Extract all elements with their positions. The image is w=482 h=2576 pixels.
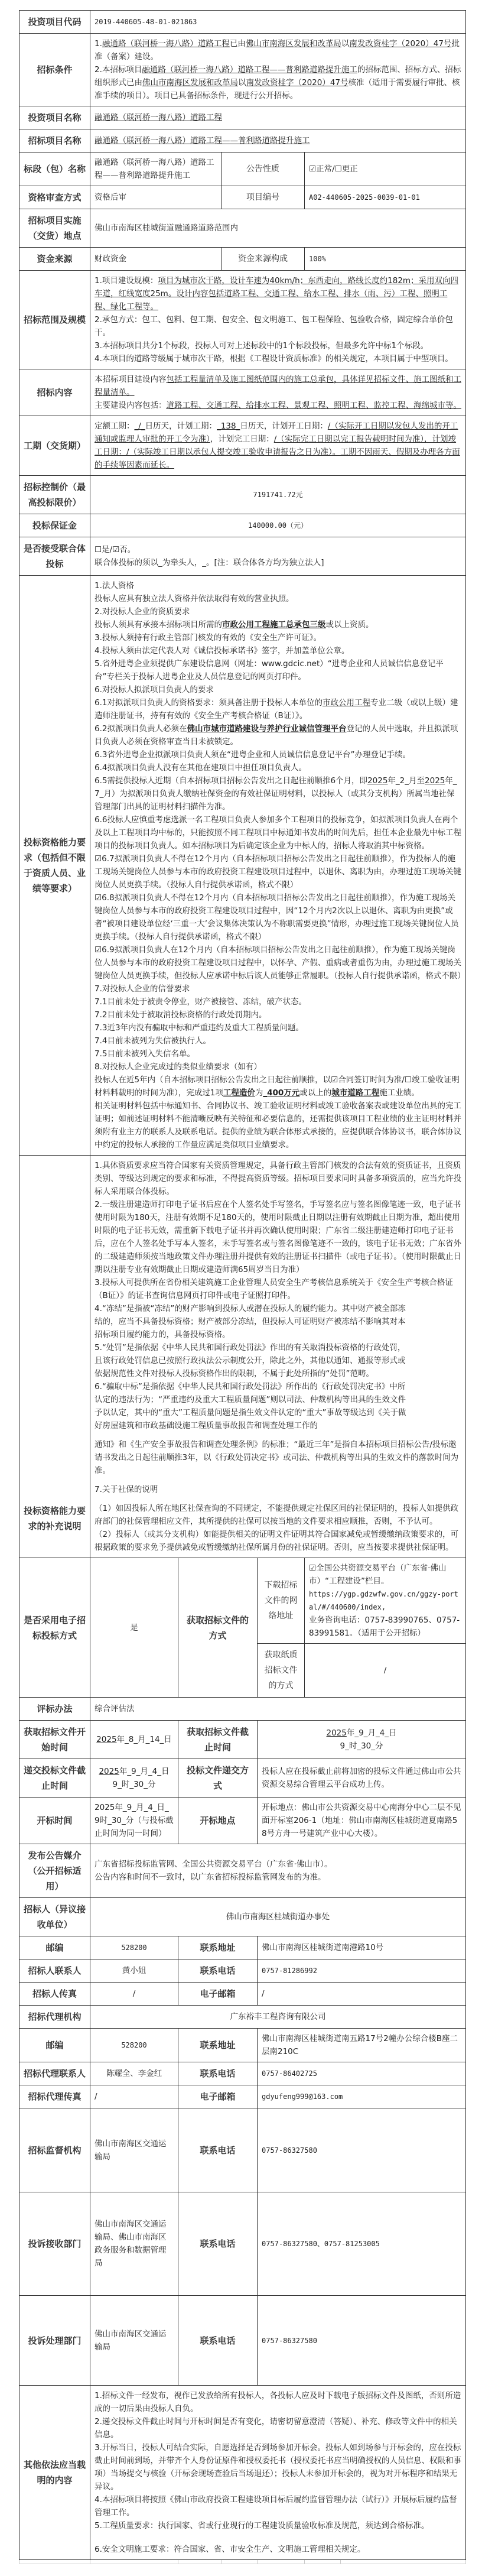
row-investment-code: 投资项目代码 2019-440605-48-01-021863: [19, 11, 466, 34]
row-agency: 招标代理机构 广东裕丰工程咨询有限公司: [19, 2006, 466, 2029]
qual-s1-body: 投标人应具有独立法人资格并依法取得有效的营业执照。: [95, 592, 461, 605]
submission-method-value: 投标人应在投标截止前将加密的投标文件通过佛山市公共资源交易综合管理云平台成功上传…: [258, 1759, 466, 1798]
tenderer-zip-label: 邮编: [19, 1936, 90, 1959]
duration-value: 定额工期：_/_日历天，计划工期：_138_日历天，计划开工日期：/（实际开工日…: [90, 416, 466, 476]
tenderer-email-label: 电子邮箱: [178, 1983, 258, 2006]
row-funding: 资金来源 财政资金 资金来源构成 100%: [19, 248, 466, 271]
funding-composition-value: 100%: [305, 248, 466, 271]
qual-s8-post: 施工业绩。: [379, 1088, 419, 1098]
row-supervision: 招标监督机构 佛山市南海区交通运输局 联系电话 0757-86327580: [19, 2108, 466, 2192]
row-tenderer: 招标人（异议接收单位） 佛山市南海区桂城街道办事处: [19, 1898, 466, 1936]
qual-s8-title: 8.对投标人企业完成过的类似业绩要求（如有）: [95, 1060, 461, 1073]
row-submission: 递交投标文件截止时间 2025年_9_月_4_日 9_时_30_分 投标文件递交…: [19, 1759, 466, 1798]
qual-s7-title: 7.对投标人企业的信誉要求: [95, 982, 461, 995]
content-p1-prefix: 本招标项目建设内容: [95, 375, 167, 384]
qual-s2-post: 或以上资质。: [326, 620, 374, 630]
conditions-p2-prefix: 2.本招标项目: [95, 65, 142, 74]
content-label: 招标内容: [19, 369, 90, 416]
tender-notice-table: 投资项目代码 2019-440605-48-01-021863 招标条件 1.融…: [19, 10, 466, 2564]
content-value: 本招标项目建设内容包括工程量清单及施工图纸范围内的施工总承包，具体详见招标文件、…: [90, 369, 466, 416]
deposit-label: 投标保证金: [19, 514, 90, 537]
row-agency-zip: 邮编 528200 联系地址 佛山市南海区桂城街道南五路17号2幢办公综合楼B座…: [19, 2029, 466, 2062]
submission-deadline-value: 2025年_9_月_4_日 9_时_30_分: [90, 1759, 178, 1798]
content-p1: 本招标项目建设内容包括工程量清单及施工图纸范围内的施工总承包，具体详见招标文件、…: [95, 373, 461, 399]
empty-cell: [222, 2560, 258, 2564]
qual-s6-5-pre: 6.5需提供投标人近期（自本招标项目招标公告发出之日起往前顺推6个月，即: [95, 776, 367, 786]
row-tenderer-fax: 招标人传真 / 电子邮箱 /: [19, 1983, 466, 2006]
other-p6: 6.安全文明施工要求：符合国家、省、市安全生产、文明施工管理相关规定。: [95, 2543, 461, 2556]
conditions-p2-by: 以: [238, 78, 246, 87]
qual-s2-body: 投标人须具有承接本招标项目所需的市政公用工程施工总承包三级或以上资质。: [95, 618, 461, 631]
row-content: 招标内容 本招标项目建设内容包括工程量清单及施工图纸范围内的施工总承包，具体详见…: [19, 369, 466, 416]
download-platform: ☑全国公共资源交易平台（广东省·佛山市）“工程建设”栏目。: [309, 1562, 461, 1588]
other-p3: 3.开标当日，投标人可结合实际，自愿选择是否到场参加开标会。投标人如到场参与开标…: [95, 2441, 461, 2493]
investment-name-text: 融通路（联河桥一海八路）道路工程: [95, 113, 222, 122]
qual-s8-m2: 或以上的: [299, 1088, 331, 1098]
qual-s6-5-month1: 年_2_月至: [387, 776, 425, 786]
qual-s8-req: 投标人在近5年内（自本招标项目招标公告发出之日起往前顺推，以☑合同签订时间为准/…: [95, 1073, 461, 1099]
qualification-value: 1.法人资格 投标人应具有独立法人资格并依法取得有效的营业执照。 2.对投标人企…: [90, 576, 466, 1156]
consortium-choice: ☐是/☑否。: [95, 543, 461, 556]
scope-p2: 2.承包方式：包工、包料、包工期、包安全、包文明施工、包工程保险、包验收合格，固…: [95, 313, 461, 339]
qual-s8-m1: 为: [255, 1088, 263, 1098]
qual-s6-5-year1: 2025: [367, 776, 387, 786]
duration-t1: 定额工期：: [95, 421, 135, 431]
scope-p1-prefix: 1.项目建设规模：: [95, 276, 158, 285]
supervision-phone-value: 0757-86327580: [258, 2108, 466, 2192]
evaluation-label: 评标办法: [19, 1698, 90, 1721]
consortium-note: 联合体投标的须以_为牵头人，_。[注：联合体各方均为独立法人]: [95, 556, 461, 569]
qual-s8-amount: _400万元: [263, 1088, 299, 1098]
obtain-end-label: 获取招标文件截止时间: [178, 1721, 258, 1759]
qual-s7-3: 7.3近3年内没有骗取中标和严重违约及重大工程质量问题。: [95, 1021, 461, 1034]
empty-cell: [258, 2560, 305, 2564]
qual-s6-3: 6.3省外进粤企业拟派项目负责人须在“进粤企业和人员诚信信息登记平台”办理登记手…: [95, 748, 461, 761]
consortium-label: 是否接受联合体投标: [19, 537, 90, 576]
conditions-p2: 2.本招标项目融通路（联河桥一海八路）道路工程——普利路道路提升施工的招标范围、…: [95, 63, 461, 102]
other-p1: 1.招标文件一经发布，视作已发放给所有投标人，各投标人应及时下载电子版招标文件及…: [95, 2389, 461, 2415]
row-media: 发布公告媒介（公开招标适用） 广东省招标投标监管网、全国公共资源交易平台（广东省…: [19, 1844, 466, 1898]
media-value: 广东省招标投标监管网、全国公共资源交易平台（广东省·佛山市）。 公告内容和时间不…: [90, 1844, 466, 1898]
agency-label: 招标代理机构: [19, 2006, 90, 2029]
submission-date: 年_9_月_4_日: [119, 1767, 170, 1776]
qual-s6-1-highlight: 市政公用工程: [323, 698, 370, 708]
empty-cell: [19, 2560, 90, 2564]
supp-p2: 2.一级注册建造师打印电子证书后应在个人签名处手写签名，手写签名应与签名图像笔迹…: [95, 1198, 461, 1276]
electronic-value: 是: [90, 1558, 178, 1698]
duration-t4: ，计划完工日期：: [210, 434, 274, 444]
empty-cell: [90, 2560, 178, 2564]
row-scope: 招标范围及规模 1.项目建设规模：项目为城市次干路，设计车速为40km/h；东西…: [19, 271, 466, 369]
control-price-value: 7191741.72元: [90, 476, 466, 514]
agency-email-value[interactable]: gdyufeng999@163.com: [258, 2085, 466, 2108]
submission-year: 2025: [99, 1767, 119, 1776]
supervision-phone-label: 联系电话: [178, 2108, 258, 2192]
submission-time: 9_时_30_分: [95, 1778, 174, 1791]
qual-s4: 4.投标人须由法定代表人对《诚信投标承诺书》签字，并加盖单位公章。: [95, 644, 461, 657]
tenderer-label: 招标人（异议接收单位）: [19, 1898, 90, 1936]
conditions-p1-by: 以: [341, 39, 350, 48]
other-value: 1.招标文件一经发布，视作已发放给所有投标人，各投标人应及时下载电子版招标文件及…: [90, 2386, 466, 2560]
supp-p4: 4.“冻结”是指被“冻结”的财产影响到投标人或潜在投标人的履约能力。其中财产被全…: [95, 1302, 461, 1341]
row-supplement: 投标资格能力要求的补充说明 1.具体资质要求应当符合国家有关资质管理规定，具备行…: [19, 1156, 466, 1558]
qual-s8-body: 相关证明材料包括中标通知书、合同协议书、竣工验收证明材料或竣工验收备案表或建设单…: [95, 1099, 461, 1151]
opening-place-value: 开标地点：佛山市公共资源交易中心南海分中心二层不见面开标室206-1（地址：佛山…: [258, 1798, 466, 1844]
evaluation-value: 综合评估法: [90, 1698, 466, 1721]
complaint-handle-value: 佛山市南海区交通运输局: [90, 2296, 178, 2386]
row-other: 其他依法应当载明的内容 1.招标文件一经发布，视作已发放给所有投标人，各投标人应…: [19, 2386, 466, 2560]
qual-s5: 5.省外进粤企业须提供广东建设信息网（网址：www.gdcic.net）“进粤企…: [95, 657, 461, 683]
complaint-handle-label: 投诉处理部门: [19, 2296, 90, 2386]
tender-name-text: 融通路（联河桥一海八路）道路工程——普利路道路提升施工: [95, 136, 310, 145]
obtain-start-year: 2025: [96, 1735, 116, 1744]
download-phone: 业务咨询电话：0757-83990765、0757-83991581。（适用于公…: [309, 1614, 461, 1640]
qual-s6-2-highlight: 佛山市城市道路建设与养护行业诚信管理平台: [187, 724, 346, 734]
project-code-label: 项目编号: [222, 186, 305, 209]
row-tender-name: 招标项目名称 融通路（联河桥一海八路）道路工程——普利路道路提升施工: [19, 129, 466, 153]
qual-s7-1: 7.1目前未处于被责令停业，财产被接管、冻结，破产状态。: [95, 995, 461, 1008]
spacer: [95, 2532, 461, 2543]
project-code-value: A02-440605-2025-0039-01-01: [305, 186, 466, 209]
agency-fax-value: /: [90, 2085, 178, 2108]
qual-s7-4: 7.4目前未被列为失信被执行人。: [95, 1034, 461, 1047]
obtain-start-label: 获取招标文件开始时间: [19, 1721, 90, 1759]
qual-s6-4: 6.4拟派项目负责人没有在其他在建项目中担任项目负责人。: [95, 761, 461, 774]
row-complaint-receive: 投诉接收部门 佛山市南海区交通运输局、佛山市南海区政务服务和数据管理局 联系电话…: [19, 2192, 466, 2296]
row-agency-contact: 招标代理联系人 陈耀全、李金红 联系电话 0757-86402725: [19, 2062, 466, 2085]
spacer: [95, 1432, 461, 1438]
investment-code-label: 投资项目代码: [19, 11, 90, 34]
supp-p7-1: （1）如因投标人所在地区社保查询的不同规定，不能提供规定社保区间的社保证明的，投…: [95, 1502, 461, 1528]
empty-cell: [305, 2560, 341, 2564]
supp-p1: 1.具体资质要求应当符合国家有关资质管理规定，具备行政主管部门核发的合法有效的资…: [95, 1159, 461, 1198]
spacer: [95, 1496, 461, 1502]
row-obtain-time: 获取招标文件开始时间 2025年_8_月_14_日 获取招标文件截止时间 202…: [19, 1721, 466, 1759]
qual-s6-1-pre: 6.1对拟派项目负责人的资格要求：须具备注册于投标人本单位的: [95, 698, 323, 708]
conditions-p1-doc: 南发改资桂字（2020）47号: [349, 39, 451, 48]
obtain-end-value: 2025年_9_月_4_日 9_时_30_分: [258, 1721, 466, 1759]
lot-label: 标段（包）名称: [19, 153, 90, 186]
lot-value: 融通路（联河桥一海八路）道路工程——普利路道路提升施工: [90, 153, 222, 186]
row-conditions: 招标条件 1.融通路（联河桥一海八路）道路工程已由佛山市南海区发展和改革局以南发…: [19, 34, 466, 106]
download-url-link[interactable]: https://ygp.gdzwfw.gov.cn/ggzy-portal/#/…: [309, 1588, 461, 1614]
tenderer-email-value: /: [258, 1983, 466, 2006]
supp-p5: 5.“处罚”是指依据《中华人民共和国行政处罚法》作出的有关取消投标资格的行政处罚…: [95, 1341, 461, 1380]
supp-p3: 3.投标人可提供所在省份相关建筑施工企业管理人员安全生产考核信息系统关于《安全生…: [95, 1276, 461, 1302]
submission-method-label: 投标文件递交方式: [178, 1759, 258, 1798]
conditions-p1-authority: 佛山市南海区发展和改革局: [246, 39, 341, 48]
agency-contact-label: 招标代理联系人: [19, 2062, 90, 2085]
agency-zip-label: 邮编: [19, 2029, 90, 2062]
supp-p6a: 6.“骗取中标”是指依据《中华人民共和国行政处罚法》所作出的《行政处罚决定书》中…: [95, 1380, 461, 1432]
qual-s8-cost: 工程造价: [223, 1088, 255, 1098]
obtain-end-time: 9_时_30_分: [262, 1740, 461, 1753]
conditions-label: 招标条件: [19, 34, 90, 106]
row-review: 资格审查方式 资格后审 项目编号 A02-440605-2025-0039-01…: [19, 186, 466, 209]
media-label: 发布公告媒介（公开招标适用）: [19, 1844, 90, 1898]
row-consortium: 是否接受联合体投标 ☐是/☑否。 联合体投标的须以_为牵头人，_。[注：联合体各…: [19, 537, 466, 576]
download-address-value: ☑全国公共资源交易平台（广东省·佛山市）“工程建设”栏目。 https://yg…: [305, 1558, 466, 1644]
other-p2: 2.递交投标文件截止时间与开标时间是否有变化，请密切留意澄清（答疑）、补充、修改…: [95, 2415, 461, 2441]
agency-phone-label: 联系电话: [178, 2062, 258, 2085]
notice-nature-label: 公告性质: [222, 153, 305, 186]
other-p4: 4.本招标项目将按照《佛山市政府投资工程建设项目标后履约监督管理办法（试行）》开…: [95, 2493, 461, 2519]
qual-s8-type: 城市道路工程: [331, 1088, 379, 1098]
agency-phone-value: 0757-86402725: [258, 2062, 466, 2085]
complaint-handle-phone-label: 联系电话: [178, 2296, 258, 2386]
review-label: 资格审查方式: [19, 186, 90, 209]
supp-p6b: 通知》和《生产安全事故报告和调查处理条例》的标准；“最近三年”是指自本招标项目招…: [95, 1438, 461, 1477]
conditions-p1-project: 融通路（联河桥一海八路）道路工程: [102, 39, 230, 48]
qual-s6-8: ☑6.8拟派项目负责人不得在12个月内（自本招标项目招标公告发出之日起往前顺推）…: [95, 891, 461, 943]
row-tenderer-zip: 邮编 528200 联系地址 佛山市南海区桂城街道南港路10号: [19, 1936, 466, 1959]
location-label: 招标项目实施（交货）地点: [19, 209, 90, 248]
other-label: 其他依法应当载明的内容: [19, 2386, 90, 2560]
qualification-label: 投标资格能力要求（包括但不限于资质人员、业绩等要求）: [19, 576, 90, 1156]
conditions-p1: 1.融通路（联河桥一海八路）道路工程已由佛山市南海区发展和改革局以南发改资桂字（…: [95, 37, 461, 63]
conditions-value: 1.融通路（联河桥一海八路）道路工程已由佛山市南海区发展和改革局以南发改资桂字（…: [90, 34, 466, 106]
row-investment-name: 投资项目名称 融通路（联河桥一海八路）道路工程: [19, 106, 466, 129]
scope-p4: 4.本项目的道路等级属于城市次干路，根据《工程设计资质标准》的相关规定，本项目属…: [95, 352, 461, 365]
conditions-p1-prefix: 1.: [95, 39, 102, 48]
investment-code-value: 2019-440605-48-01-021863: [90, 11, 466, 34]
download-address-label: 下载招标文件的网络地址: [258, 1558, 305, 1644]
consortium-value: ☐是/☑否。 联合体投标的须以_为牵头人，_。[注：联合体各方均为独立法人]: [90, 537, 466, 576]
qual-s6-5: 6.5需提供投标人近期（自本招标项目招标公告发出之日起往前顺推6个月，即2025…: [95, 774, 461, 813]
supervision-label: 招标监督机构: [19, 2108, 90, 2192]
electronic-label: 是否采用电子招标投标方式: [19, 1558, 90, 1698]
paper-method-label: 获取纸质招标文件的方式: [258, 1644, 305, 1698]
other-p5: 5.工程质量要求：执行国家、省或行业现行的工程建设质量验收标准及规范，须达到合格…: [95, 2519, 461, 2532]
investment-name-value: 融通路（联河桥一海八路）道路工程: [90, 106, 466, 129]
tenderer-phone-label: 联系电话: [178, 1959, 258, 1983]
supp-p7-title: 7.关于社保的说明: [95, 1483, 461, 1496]
row-deposit: 投标保证金 140000.00（元）: [19, 514, 466, 537]
trailing-empty-row: [19, 2560, 466, 2564]
conditions-p1-mid: 已由: [230, 39, 246, 48]
scope-label: 招标范围及规模: [19, 271, 90, 369]
obtain-end-year: 2025: [327, 1728, 347, 1738]
qual-s6-2: 6.2拟派项目负责人必须在佛山市城市道路建设与养护行业诚信管理平台登记的人员中选…: [95, 722, 461, 748]
media-line1: 广东省招标投标监管网、全国公共资源交易平台（广东省·佛山市）。: [95, 1858, 461, 1871]
qual-s6-6: 6.6投标人应慎重考虑选派一名工程项目负责人参加多个工程项目的投标竞争，如拟派项…: [95, 813, 461, 852]
qual-s6-7: ☑6.7拟派项目负责人不得在12个月内（自本招标项目招标公告发出之日起往前顺推）…: [95, 852, 461, 891]
supp-p7-2: （2）投标人（或其分支机构）如能提供相关的证明文件证明其符合国家减免或暂缓缴纳政…: [95, 1528, 461, 1554]
tender-notice: 投资项目代码 2019-440605-48-01-021863 招标条件 1.融…: [0, 0, 482, 2576]
agency-addr-value: 佛山市南海区桂城街道南五路17号2幢办公综合楼B座二层南210C: [258, 2029, 466, 2062]
tenderer-fax-value: /: [90, 1983, 178, 2006]
qual-s7-5: 7.5目前未被列入失信名单。: [95, 1047, 461, 1060]
qual-s1-title: 1.法人资格: [95, 579, 461, 592]
review-value: 资格后审: [90, 186, 222, 209]
supplement-label: 投标资格能力要求的补充说明: [19, 1156, 90, 1558]
qual-s6-2-pre: 6.2拟派项目负责人必须在: [95, 724, 187, 734]
agency-contact-value: 陈耀全、李金红: [90, 2062, 178, 2085]
row-location: 招标项目实施（交货）地点 佛山市南海区桂城街道融通路道路范围内: [19, 209, 466, 248]
content-p2-body: 道路工程、交通工程、给排水工程、景观工程、照明工程、监控工程、海绵城市等。: [167, 401, 462, 410]
supplement-value: 1.具体资质要求应当符合国家有关资质管理规定，具备行政主管部门核发的合法有效的资…: [90, 1156, 466, 1558]
notice-nature-value: ☑正常/☐更正: [305, 153, 466, 186]
funding-composition-label: 资金来源构成: [222, 248, 305, 271]
funding-value: 财政资金: [90, 248, 222, 271]
complaint-handle-phone-value: 0757-86327580: [258, 2296, 466, 2386]
qual-s6-9: ☑6.9拟派项目负责人在12个月内（自本招标项目招标公告发出之日起往前顺推），作…: [95, 943, 461, 982]
qual-s2-highlight: 市政公用工程施工总承包三级: [222, 620, 326, 630]
duration-t3: 日历天，计划开工日期：: [240, 421, 328, 431]
scope-p1: 1.项目建设规模：项目为城市次干路，设计车速为40km/h；东西走向，路线长度约…: [95, 274, 461, 313]
row-duration: 工期（交货期） 定额工期：_/_日历天，计划工期：_138_日历天，计划开工日期…: [19, 416, 466, 476]
empty-cell: [178, 2560, 222, 2564]
submission-deadline-label: 递交投标文件截止时间: [19, 1759, 90, 1798]
tenderer-zip-value: 528200: [90, 1936, 178, 1959]
complaint-receive-value: 佛山市南海区交通运输局、佛山市南海区政务服务和数据管理局: [90, 2192, 178, 2296]
agency-email-label: 电子邮箱: [178, 2085, 258, 2108]
agency-fax-label: 招标代理传真: [19, 2085, 90, 2108]
row-opening: 开标时间 2025年_9_月_4_日_9时_30_分（与投标截止时间为同一时间）…: [19, 1798, 466, 1844]
scope-p3: 3.本招标项目共分1个标段，投标人可对上述标段中的1个标段投标，但最多允许中标1…: [95, 339, 461, 352]
empty-cell: [341, 2560, 466, 2564]
conditions-p2-authority: 佛山市南海区发展和改革局: [142, 78, 238, 87]
row-lot: 标段（包）名称 融通路（联河桥一海八路）道路工程——普利路道路提升施工 公告性质…: [19, 153, 466, 186]
tender-name-value: 融通路（联河桥一海八路）道路工程——普利路道路提升施工: [90, 129, 466, 153]
tenderer-contact-label: 招标人联系人: [19, 1959, 90, 1983]
conditions-p2-doc: 南发改资桂字（2020）47号: [246, 78, 349, 87]
complaint-receive-label: 投诉接收部门: [19, 2192, 90, 2296]
row-tenderer-contact: 招标人联系人 黄小姐 联系电话 0757-81286992: [19, 1959, 466, 1983]
qual-s7-2: 7.2目前未处于被取消投标资格的行政处罚期内。: [95, 1008, 461, 1021]
tenderer-addr-value: 佛山市南海区桂城街道南港路10号: [258, 1936, 466, 1959]
qual-s6-title: 6.对投标人拟派项目负责人的要求: [95, 683, 461, 696]
qual-s2-title: 2.对投标人企业的资质要求: [95, 605, 461, 618]
row-qualification: 投标资格能力要求（包括但不限于资质人员、业绩等要求） 1.法人资格 投标人应具有…: [19, 576, 466, 1156]
qual-s6-1: 6.1对拟派项目负责人的资格要求：须具备注册于投标人本单位的市政公用工程专业二级…: [95, 696, 461, 722]
funding-label: 资金来源: [19, 248, 90, 271]
obtain-method-label: 获取招标文件的方式: [178, 1558, 258, 1698]
duration-v2: _138_: [217, 421, 240, 431]
complaint-receive-phone-label: 联系电话: [178, 2192, 258, 2296]
content-p2: 主要建设内容包括：道路工程、交通工程、给排水工程、景观工程、照明工程、监控工程、…: [95, 399, 461, 412]
tenderer-contact-value: 黄小姐: [90, 1959, 178, 1983]
row-agency-fax: 招标代理传真 / 电子邮箱 gdyufeng999@163.com: [19, 2085, 466, 2108]
qual-s6-5-post: ）为拟派项目负责人缴纳社保资金的有效社保证明材料，以投标人（或其分支机构）所属当…: [95, 789, 454, 812]
duration-v1: _/_: [135, 421, 145, 431]
obtain-end-date: 年_9_月_4_日: [347, 1728, 397, 1738]
deposit-value: 140000.00（元）: [90, 514, 466, 537]
agency-value: 广东裕丰工程咨询有限公司: [90, 2006, 466, 2029]
paper-method-value: /: [305, 1644, 466, 1698]
complaint-receive-phone-value: 0757-86327580、0757-81253005: [258, 2192, 466, 2296]
supervision-value: 佛山市南海区交通运输局: [90, 2108, 178, 2192]
opening-time-label: 开标时间: [19, 1798, 90, 1844]
location-value: 佛山市南海区桂城街道融通路道路范围内: [90, 209, 466, 248]
investment-name-label: 投资项目名称: [19, 106, 90, 129]
tenderer-addr-label: 联系地址: [178, 1936, 258, 1959]
scope-value: 1.项目建设规模：项目为城市次干路，设计车速为40km/h；东西走向，路线长度约…: [90, 271, 466, 369]
agency-zip-value: 528200: [90, 2029, 178, 2062]
row-control-price: 招标控制价（最高投标限价） 7191741.72元: [19, 476, 466, 514]
duration-t2: 日历天，计划工期：: [145, 421, 217, 431]
conditions-p2-project: 融通路（联河桥一海八路）道路工程——普利路道路提升施工: [142, 65, 357, 74]
spacer: [95, 1477, 461, 1483]
opening-time-value: 2025年_9_月_4_日_9时_30_分（与投标截止时间为同一时间）: [90, 1798, 178, 1844]
duration-label: 工期（交货期）: [19, 416, 90, 476]
tenderer-fax-label: 招标人传真: [19, 1983, 90, 2006]
media-line2: 公告内容和时间不一致时，以广东省招标投标监管网发布的为准。: [95, 1871, 461, 1884]
qual-s6-5-year2: 2025: [425, 776, 445, 786]
qual-s3: 3.投标人须持有行政主管部门核发的有效的《安全生产许可证》。: [95, 631, 461, 644]
content-p2-prefix: 主要建设内容包括：: [95, 401, 167, 410]
opening-place-label: 开标地点: [178, 1798, 258, 1844]
agency-addr-label: 联系地址: [178, 2029, 258, 2062]
row-electronic-download: 是否采用电子招标投标方式 是 获取招标文件的方式 下载招标文件的网络地址 ☑全国…: [19, 1558, 466, 1644]
row-evaluation: 评标办法 综合评估法: [19, 1698, 466, 1721]
obtain-start-date: 年_8_月_14_日: [117, 1735, 172, 1744]
obtain-start-value: 2025年_8_月_14_日: [90, 1721, 178, 1759]
control-price-label: 招标控制价（最高投标限价）: [19, 476, 90, 514]
tenderer-phone-value: 0757-81286992: [258, 1959, 466, 1983]
tenderer-value: 佛山市南海区桂城街道办事处: [90, 1898, 466, 1936]
row-complaint-handle: 投诉处理部门 佛山市南海区交通运输局 联系电话 0757-86327580: [19, 2296, 466, 2386]
tender-name-label: 招标项目名称: [19, 129, 90, 153]
qual-s2-pre: 投标人须具有承接本招标项目所需的: [95, 620, 222, 630]
